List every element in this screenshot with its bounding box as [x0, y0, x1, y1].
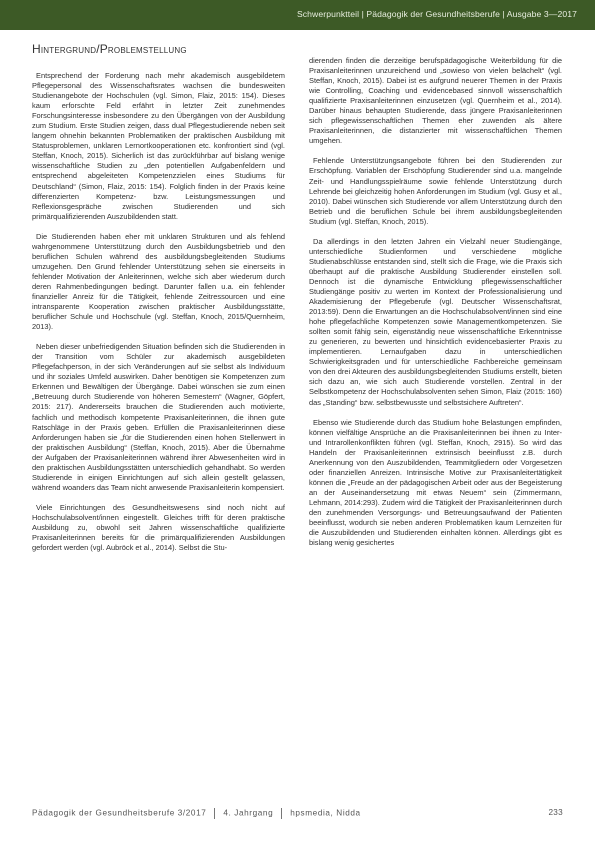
paragraph-continued: dierenden finden die derzeitige berufspä…: [309, 56, 562, 146]
page-footer: Pädagogik der Gesundheitsberufe 3/20174.…: [32, 808, 563, 819]
running-header: Schwerpunktteil | Pädagogik der Gesundhe…: [297, 9, 577, 19]
footer-divider: [214, 808, 215, 819]
paragraph: Entsprechend der Forderung nach mehr aka…: [32, 71, 285, 222]
footer-divider: [281, 808, 282, 819]
paragraph: Da allerdings in den letzten Jahren ein …: [309, 237, 562, 408]
page-number: 233: [548, 808, 563, 817]
right-column: dierenden finden die derzeitige berufspä…: [309, 56, 562, 558]
paragraph: Die Studierenden haben eher mit unklaren…: [32, 232, 285, 332]
paragraph: Fehlende Unterstützungsangebote führen b…: [309, 156, 562, 226]
paragraph: Viele Einrichtungen des Gesundheitswesen…: [32, 503, 285, 553]
section-title: Hintergrund/Problemstellung: [32, 42, 187, 56]
footer-volume: 4. Jahrgang: [223, 809, 273, 818]
header-band: Schwerpunktteil | Pädagogik der Gesundhe…: [0, 0, 595, 30]
footer-publisher: hpsmedia, Nidda: [290, 809, 360, 818]
paragraph: Neben dieser unbefriedigenden Situation …: [32, 342, 285, 493]
paragraph: Ebenso wie Studierende durch das Studium…: [309, 418, 562, 549]
left-column: Entsprechend der Forderung nach mehr aka…: [32, 71, 285, 563]
footer-journal: Pädagogik der Gesundheitsberufe 3/2017: [32, 809, 206, 818]
